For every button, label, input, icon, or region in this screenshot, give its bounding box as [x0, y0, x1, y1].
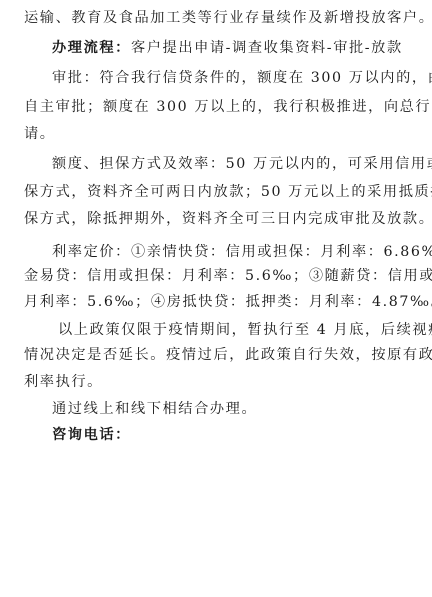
- paragraph-line: 以上政策仅限于疫情期间，暂执行至 4 月底，后续视疫情: [58, 320, 432, 340]
- paragraph-line: 利率执行。: [24, 372, 103, 392]
- paragraph-line: 利率定价：①亲情快贷：信用或担保：月利率：6.86‰；②: [52, 242, 432, 262]
- paragraph-line: 审批：符合我行信贷条件的，额度在 300 万以内的，由我行: [52, 68, 432, 88]
- paragraph-line: 通过线上和线下相结合办理。: [52, 399, 257, 419]
- paragraph-line: 运输、教育及食品加工类等行业存量续作及新增投放客户。: [24, 8, 432, 28]
- paragraph-line: 保方式，除抵押期外，资料齐全可三日内完成审批及放款。: [24, 209, 432, 229]
- paragraph-line: 自主审批；额度在 300 万以上的，我行积极推进，向总行申报申: [24, 97, 432, 117]
- process-line: 办理流程：客户提出申请-调查收集资料-审批-放款: [52, 38, 403, 58]
- paragraph-line: 金易贷：信用或担保：月利率：5.6‰；③随薪贷：信用或担保：: [24, 266, 432, 286]
- contacts-label: 咨询电话：: [52, 427, 131, 443]
- process-text: 客户提出申请-调查收集资料-审批-放款: [131, 40, 403, 56]
- paragraph-line: 额度、担保方式及效率：50 万元以内的，可采用信用或担: [52, 154, 432, 174]
- paragraph-line: 请。: [24, 124, 56, 144]
- paragraph-line: 情况决定是否延长。疫情过后，此政策自行失效，按原有政策及: [24, 345, 432, 365]
- process-label: 办理流程：: [52, 40, 131, 56]
- paragraph-line: 月利率：5.6‰；④房抵快贷：抵押类：月利率：4.87‰。: [24, 292, 432, 312]
- paragraph-line: 保方式，资料齐全可两日内放款；50 万元以上的采用抵质押担: [24, 182, 432, 202]
- contact-row: 咨询电话：: [52, 425, 131, 445]
